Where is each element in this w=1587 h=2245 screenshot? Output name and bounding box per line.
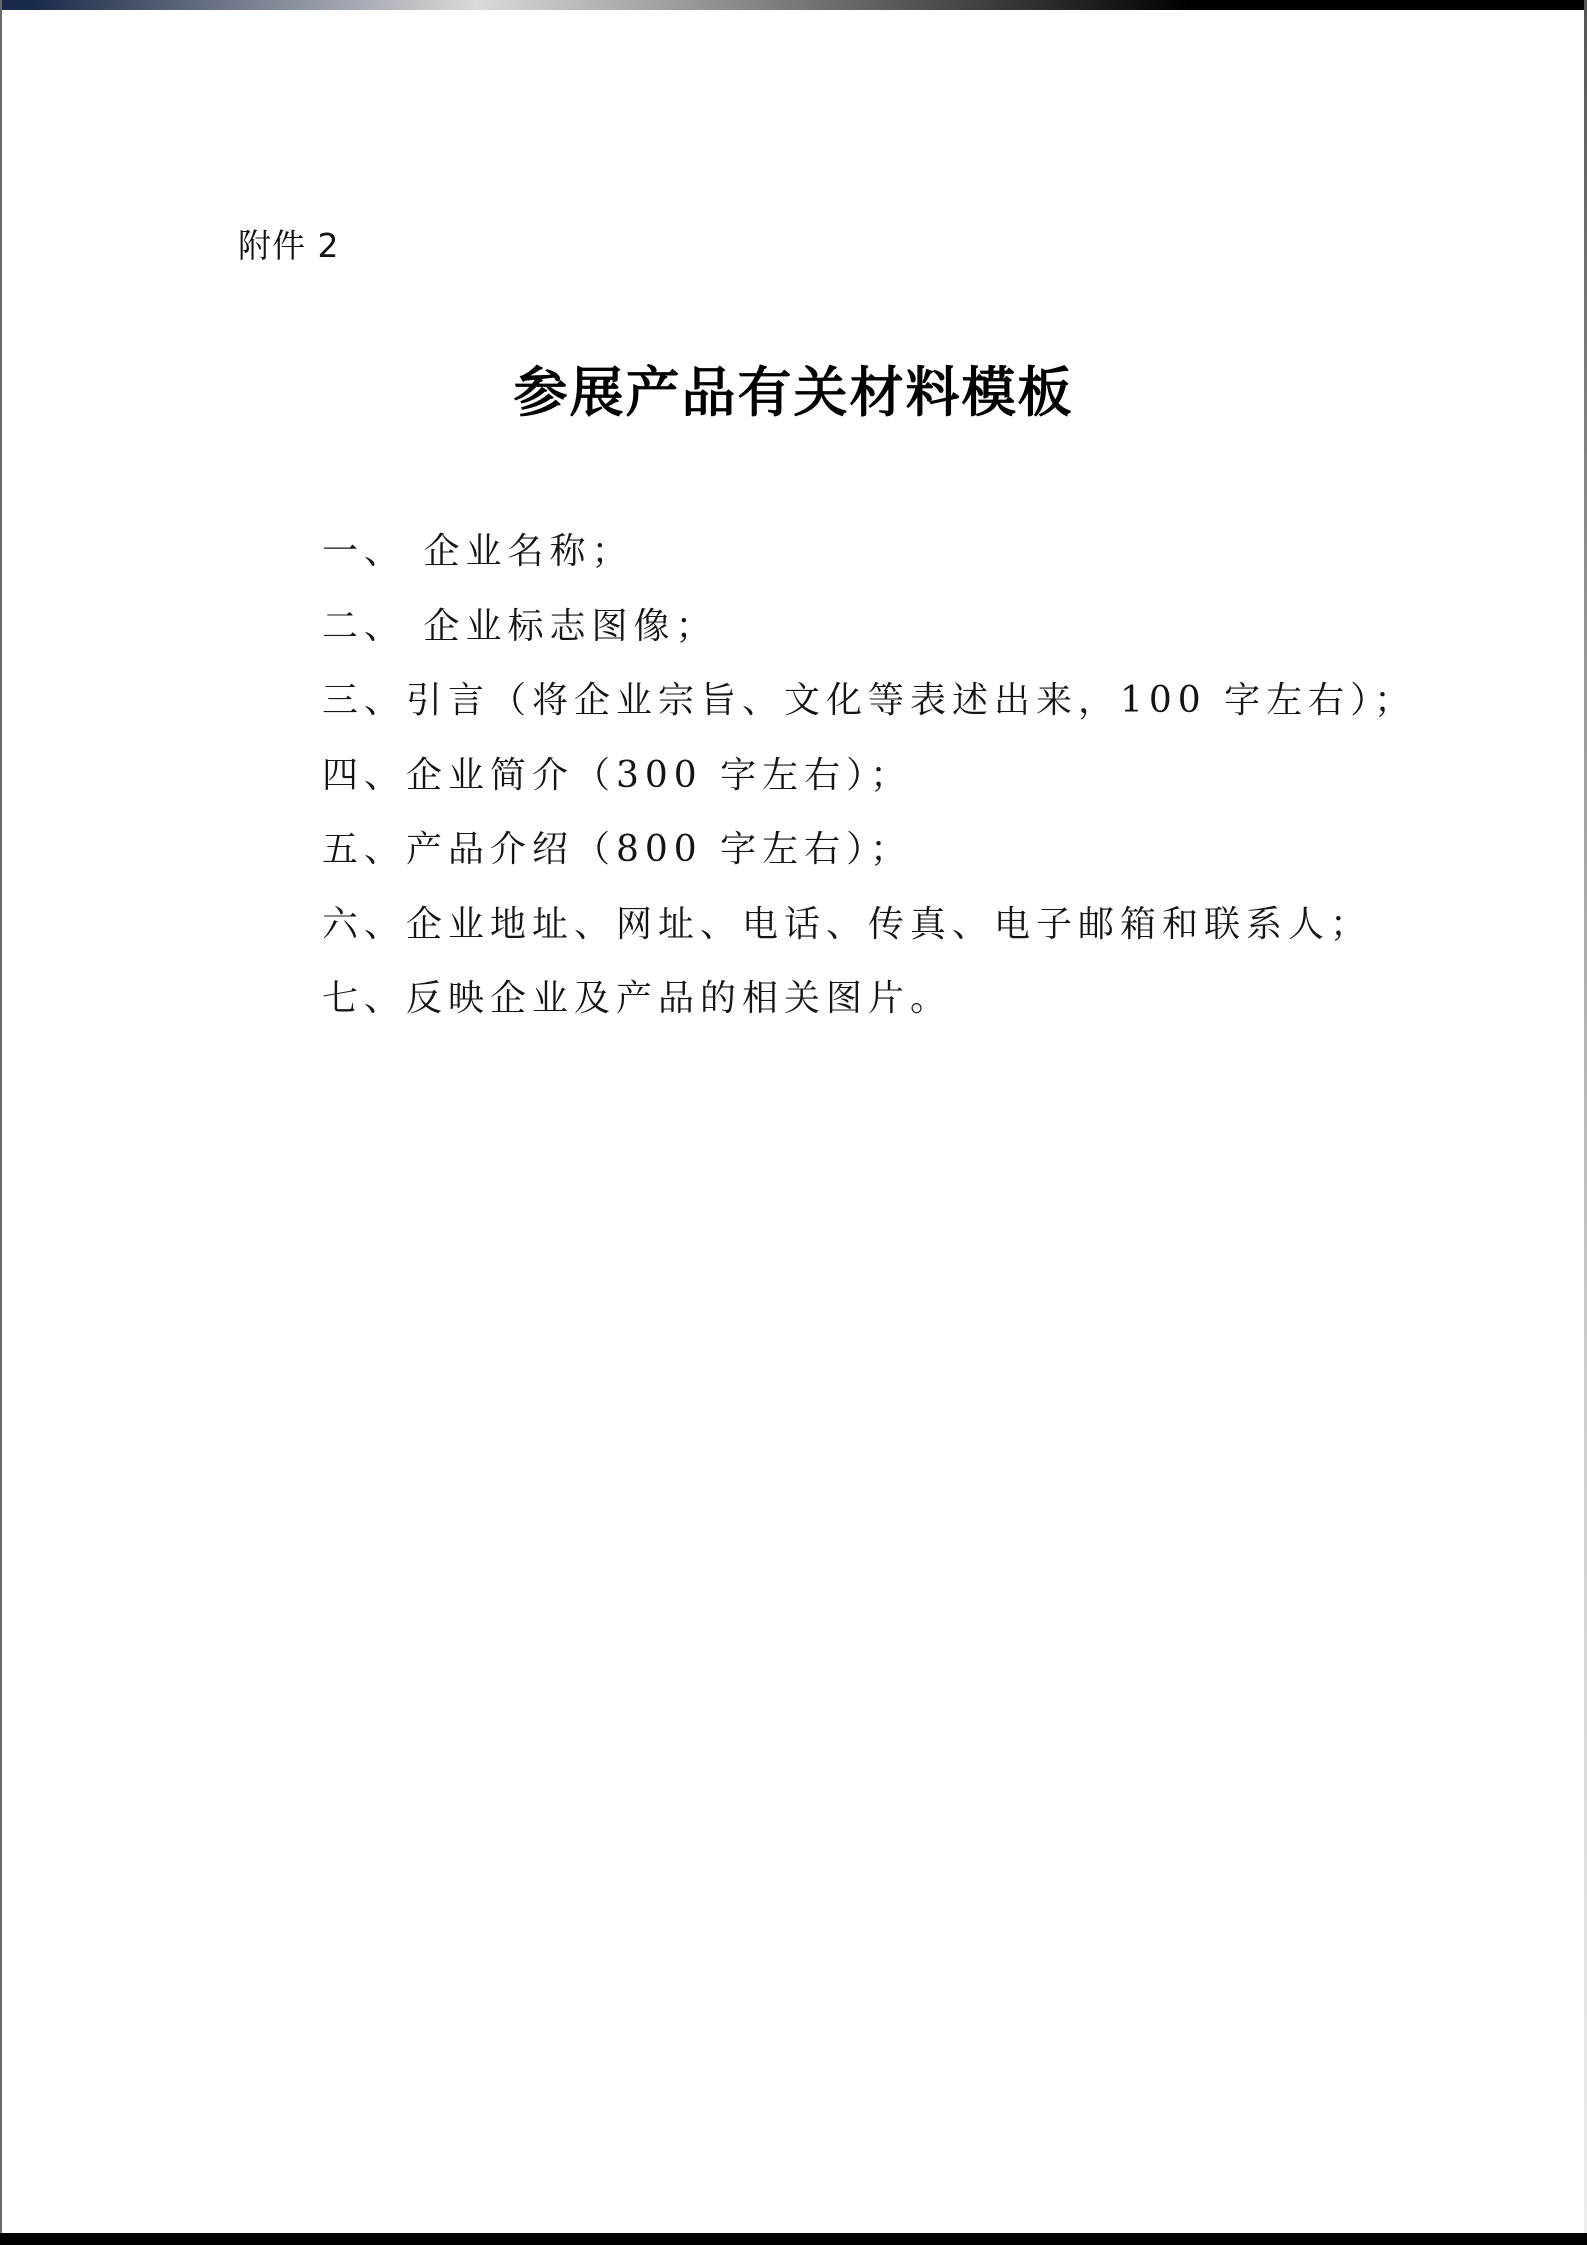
scan-border-top-right — [1200, 0, 1587, 9]
list-item-company-profile: 四、企业简介（300 字左右）； — [322, 739, 1416, 814]
list-item-product-description: 五、产品介绍（800 字左右）； — [322, 813, 1416, 888]
list-item-introduction: 三、引言（将企业宗旨、文化等表述出来，100 字左右）； — [322, 664, 1416, 739]
scan-border-bottom — [0, 2233, 1587, 2245]
attachment-label: 附件 2 — [238, 220, 340, 267]
scan-border-left — [0, 0, 2, 2245]
requirements-list: 一、 企业名称； 二、 企业标志图像； 三、引言（将企业宗旨、文化等表述出来，1… — [322, 515, 1416, 1037]
list-item-company-logo: 二、 企业标志图像； — [322, 590, 1416, 665]
list-item-related-images: 七、反映企业及产品的相关图片。 — [322, 962, 1416, 1037]
document-title: 参展产品有关材料模板 — [0, 350, 1587, 427]
list-item-company-name: 一、 企业名称； — [322, 515, 1416, 590]
list-item-contact-info: 六、企业地址、网址、电话、传真、电子邮箱和联系人； — [322, 888, 1416, 963]
